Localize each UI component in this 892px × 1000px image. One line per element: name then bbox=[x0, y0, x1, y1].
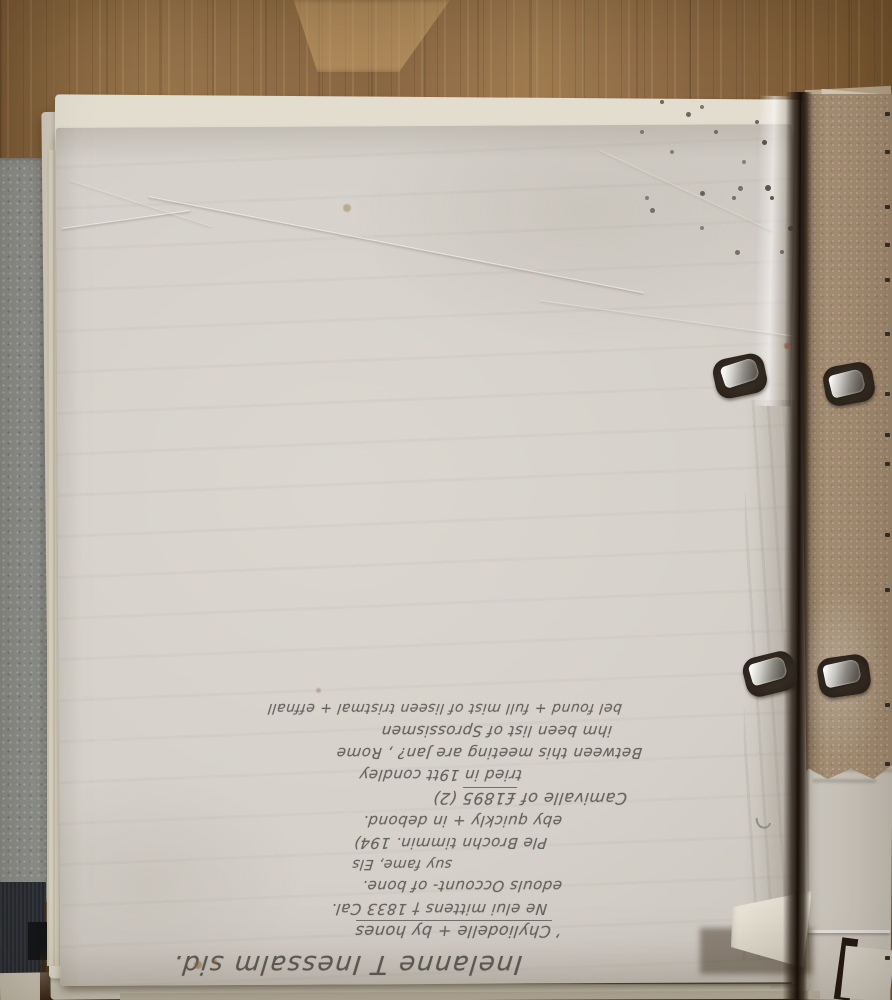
mold-speck bbox=[700, 226, 704, 230]
bottom-right-page-corner bbox=[840, 946, 892, 1000]
archival-binder-photo: Inelanne T Inessalm sid.’ Chyliodelle + … bbox=[0, 0, 892, 1000]
foxing-spot bbox=[194, 961, 202, 969]
mold-speck bbox=[650, 208, 655, 213]
bottom-page-edge-2 bbox=[120, 991, 820, 1000]
right-edge-ink-speck bbox=[885, 956, 890, 960]
wood-table-light-streak bbox=[280, 0, 450, 72]
handwriting-line: edouls Occount- of bone. bbox=[63, 877, 563, 894]
mold-speck bbox=[700, 105, 704, 109]
mold-speck bbox=[732, 196, 736, 200]
handwriting-line: Ple Brochn timmin. 194) bbox=[63, 834, 548, 851]
handwriting-line: tried in 19tt condley bbox=[63, 766, 523, 783]
mold-speck bbox=[660, 100, 664, 104]
mold-speck bbox=[700, 191, 705, 196]
right-edge-ink-speck bbox=[885, 533, 890, 537]
mold-speck bbox=[788, 226, 793, 231]
mold-speck bbox=[780, 250, 784, 254]
mold-speck bbox=[738, 186, 743, 191]
bleedthrough-text-line bbox=[812, 779, 876, 784]
mold-speck bbox=[742, 160, 746, 164]
right-edge-ink-speck bbox=[885, 150, 890, 154]
mold-speck bbox=[686, 112, 691, 117]
foxing-spot bbox=[343, 204, 351, 212]
mold-speck bbox=[735, 250, 740, 255]
right-under-page-fold-seam bbox=[804, 930, 890, 933]
right-edge-ink-speck bbox=[885, 243, 890, 247]
mold-speck bbox=[670, 150, 674, 154]
foxing-spot bbox=[316, 688, 321, 693]
handwriting-line: ihm been list of Sprossismen bbox=[63, 721, 613, 738]
mold-speck bbox=[714, 130, 718, 134]
handwriting-line: Ne elui mittens † 1833 Cal. bbox=[63, 899, 548, 916]
handwriting-line: Inelanne T Inessalm sid. bbox=[62, 948, 523, 978]
right-edge-ink-speck bbox=[885, 112, 890, 116]
right-edge-ink-speck bbox=[885, 588, 890, 592]
right-edge-ink-speck bbox=[885, 703, 890, 707]
handwriting-line: bel found + full mist of liseen tristmal… bbox=[63, 700, 623, 716]
handwriting-line: suy fame, Els bbox=[63, 856, 453, 872]
mold-speck bbox=[770, 196, 774, 200]
foxing-spot bbox=[784, 343, 790, 349]
foxing-spot bbox=[212, 959, 217, 964]
handwriting-line: ’ Chyliodelle + by hones bbox=[63, 922, 563, 940]
binding-gutter-shadow bbox=[782, 92, 812, 1000]
handwriting-block-rotated-180: Inelanne T Inessalm sid.’ Chyliodelle + … bbox=[64, 666, 772, 978]
right-edge-ink-speck bbox=[885, 762, 890, 766]
mold-speck bbox=[640, 130, 644, 134]
handwriting-line: Camivalle of £1895 (2) bbox=[63, 788, 628, 806]
right-edge-ink-speck bbox=[885, 332, 890, 336]
mold-speck bbox=[765, 185, 771, 191]
right-edge-ink-speck bbox=[885, 392, 890, 396]
mold-speck bbox=[645, 196, 649, 200]
mold-speck bbox=[762, 140, 767, 145]
right-edge-ink-speck bbox=[885, 462, 890, 466]
mold-speck bbox=[755, 120, 759, 124]
right-edge-ink-speck bbox=[885, 278, 890, 282]
handwriting-line: eby quickly + in debond. bbox=[63, 812, 563, 829]
right-edge-ink-speck bbox=[885, 205, 890, 209]
handwriting-line: Between this meeting are Jan? , Rome bbox=[63, 744, 643, 761]
right-edge-ink-speck bbox=[885, 433, 890, 437]
